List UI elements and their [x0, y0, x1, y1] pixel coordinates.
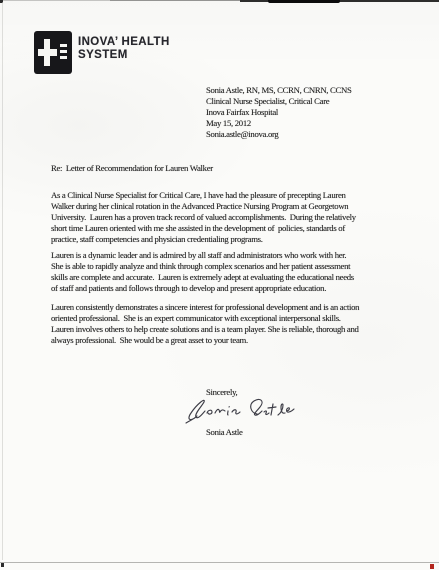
- logo-cross-horizontal: [38, 49, 57, 56]
- inova-cross-logo-icon: [34, 31, 72, 74]
- handwritten-signature: [183, 392, 297, 428]
- sender-email: Sonia.astle@inova.org: [206, 129, 352, 140]
- scan-edge-top: [0, 0, 110, 1]
- sender-name-credentials: Sonia Astle, RN, MS, CCRN, CNRN, CCNS: [206, 85, 352, 96]
- scan-edge-bottom: [0, 562, 439, 563]
- paragraph-2: Lauren is a dynamic leader and is admire…: [51, 250, 354, 294]
- scan-speck: [1, 563, 4, 567]
- paragraph-line: skills are complete and accurate. Lauren…: [51, 272, 354, 283]
- subject-line: Re: Letter of Recommendation for Lauren …: [51, 163, 213, 174]
- paragraph-line: short time Lauren oriented with me she a…: [51, 223, 356, 234]
- brand-line-1: INOVA’ HEALTH: [78, 36, 170, 49]
- scan-edge-top-smudge: [268, 0, 340, 3]
- sender-organization: Inova Fairfax Hospital: [206, 107, 352, 118]
- paragraph-line: Lauren consistently demonstrates a since…: [51, 302, 359, 313]
- paragraph-line: She is able to rapidly analyze and think…: [51, 261, 354, 272]
- paragraph-line: oriented professional. She is an expert …: [51, 313, 359, 324]
- letter-date: May 15, 2012: [206, 118, 352, 129]
- paragraph-line: University. Lauren has a proven track re…: [51, 212, 356, 223]
- logo-dash: [60, 56, 67, 59]
- logo-dash: [60, 44, 67, 47]
- sender-title: Clinical Nurse Specialist, Critical Care: [206, 96, 352, 107]
- paragraph-line: of staff and patients and follows throug…: [51, 283, 354, 294]
- paragraph-line: Walker during her clinical rotation in t…: [51, 201, 356, 212]
- scan-red-dot-artifact: [430, 564, 434, 569]
- scan-edge-top: [110, 0, 240, 1]
- paragraph-line: always professional. She would be a grea…: [51, 335, 359, 346]
- paragraph-line: Lauren is a dynamic leader and is admire…: [51, 250, 354, 261]
- scanned-letter-page: INOVA’ HEALTH SYSTEM Sonia Astle, RN, MS…: [0, 0, 439, 570]
- logo-dash: [60, 50, 67, 53]
- paragraph-line: As a Clinical Nurse Specialist for Criti…: [51, 190, 356, 201]
- sender-block: Sonia Astle, RN, MS, CCRN, CNRN, CCNS Cl…: [206, 85, 352, 140]
- brand-wordmark: INOVA’ HEALTH SYSTEM: [78, 36, 170, 62]
- paragraph-1: As a Clinical Nurse Specialist for Criti…: [51, 190, 356, 245]
- paragraph-line: Lauren involves others to help create so…: [51, 324, 359, 335]
- typed-signature-name: Sonia Astle: [206, 427, 243, 438]
- scan-edge-left: [2, 2, 3, 560]
- paragraph-line: practice, staff competencies and physici…: [51, 234, 356, 245]
- brand-line-2: SYSTEM: [78, 49, 170, 62]
- paragraph-3: Lauren consistently demonstrates a since…: [51, 302, 359, 346]
